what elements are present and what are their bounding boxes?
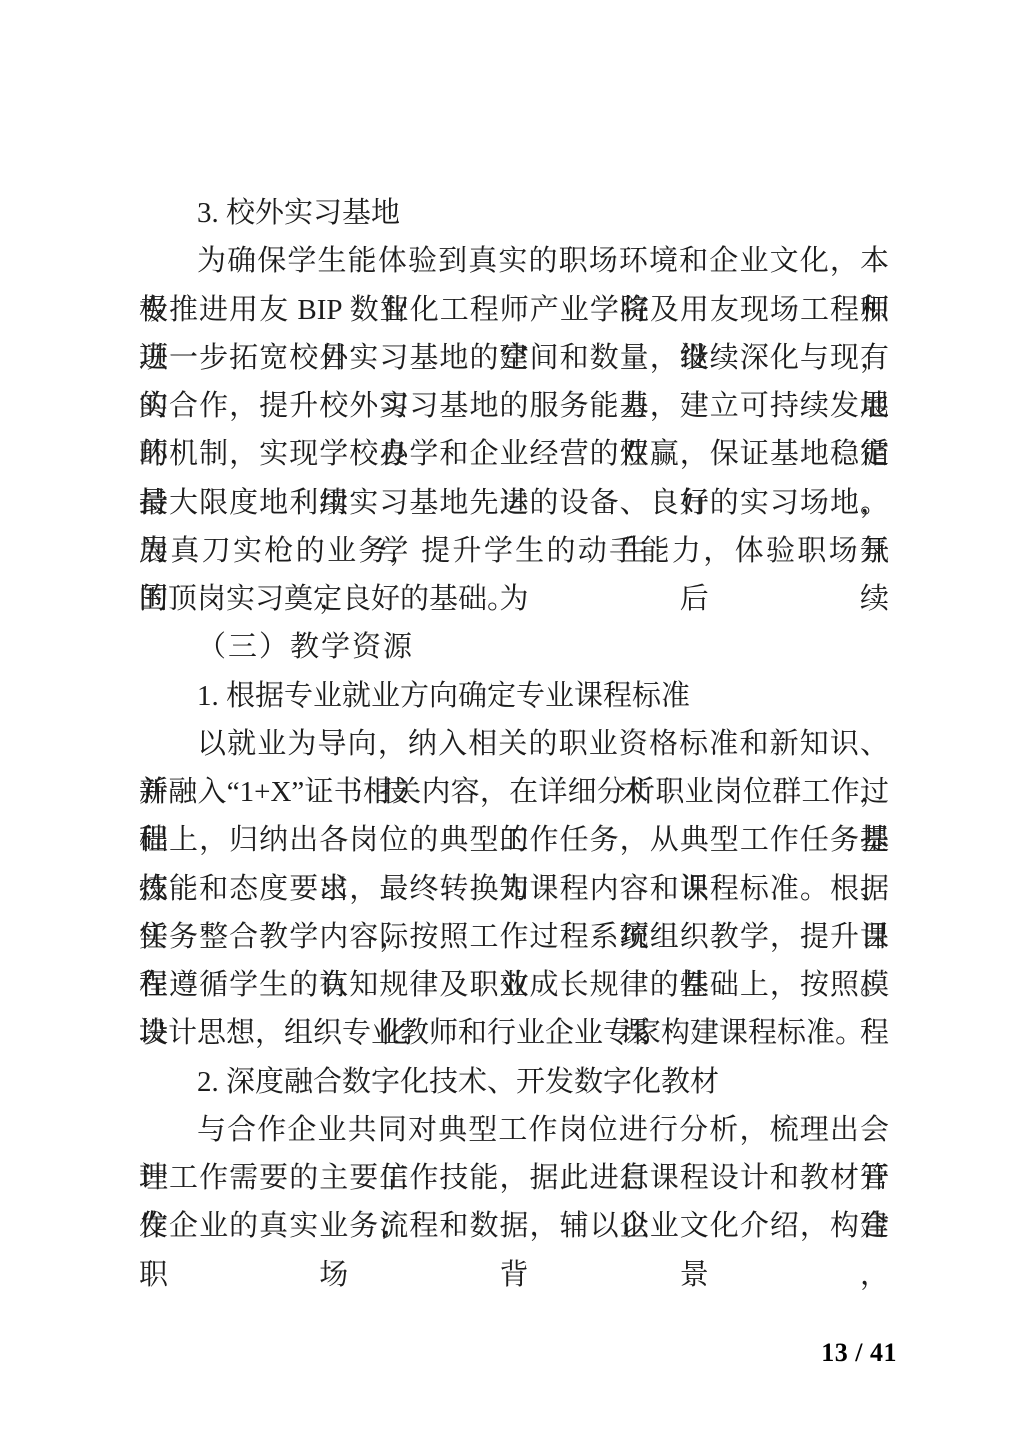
- page-number: 13 / 41: [821, 1338, 897, 1368]
- body-text-line: 展真刀实枪的业务，提升学生的动手能力，体验职场氛围，为后续: [139, 527, 889, 575]
- document-page: 3. 校外实习基地为确保学生能体验到真实的职场环境和企业文化，本专业将积极推进用…: [0, 0, 1024, 1448]
- document-body: 3. 校外实习基地为确保学生能体验到真实的职场环境和企业文化，本专业将积极推进用…: [139, 189, 889, 1251]
- body-text-line: 础上，归纳出各岗位的典型工作任务，从典型工作任务提炼出知识、: [139, 816, 889, 864]
- numbered-heading-line: 1. 根据专业就业方向确定专业课程标准: [139, 672, 889, 720]
- section-heading-line: （三）教学资源: [139, 623, 889, 671]
- body-text-line: 的合作，提升校外实习基地的服务能力，建立可持续发展的良性循: [139, 382, 889, 430]
- body-text-line: 最大限度地利用实习基地先进的设备、良好的实习场地，为学生开: [139, 479, 889, 527]
- numbered-heading-line: 2. 深度融合数字化技术、开发数字化教材: [139, 1058, 889, 1106]
- body-text-line: 技能和态度要求，最终转换为课程内容和课程标准。根据实际项目: [139, 865, 889, 913]
- body-text-line: 与合作企业共同对典型工作岗位进行分析，梳理出会计信息管: [139, 1106, 889, 1154]
- body-text-line: 极推进用友 BIP 数智化工程师产业学院及用友现场工程师项目建设，: [139, 286, 889, 334]
- numbered-heading-line: 3. 校外实习基地: [139, 189, 889, 237]
- body-text-line: 进一步拓宽校外实习基地的空间和数量，继续深化与现有实习基地: [139, 334, 889, 382]
- body-text-line: 环机制，实现学校办学和企业经营的双赢，保证基地稳定持续运行。: [139, 430, 889, 478]
- body-text-line: 理工作需要的主要工作技能，据此进行课程设计和教材开发；以合: [139, 1154, 889, 1202]
- body-text-line: 设计思想，组织专业教师和行业企业专家构建课程标准。: [139, 1009, 889, 1057]
- body-text-line: 为确保学生能体验到真实的职场环境和企业文化，本专业将积: [139, 237, 889, 285]
- body-text-line: 作企业的真实业务流程和数据，辅以企业文化介绍，构建职场背景，: [139, 1202, 889, 1250]
- body-text-line: 以就业为导向，纳入相关的职业资格标准和新知识、新技术，: [139, 720, 889, 768]
- body-text-line: 在遵循学生的认知规律及职业成长规律的基础上，按照模块化课程: [139, 961, 889, 1009]
- body-text-line: 并融入“1+X”证书相关内容，在详细分析职业岗位群工作过程的基: [139, 768, 889, 816]
- body-text-line: 任务整合教学内容，按照工作过程系统组织教学，提升课程有效性。: [139, 913, 889, 961]
